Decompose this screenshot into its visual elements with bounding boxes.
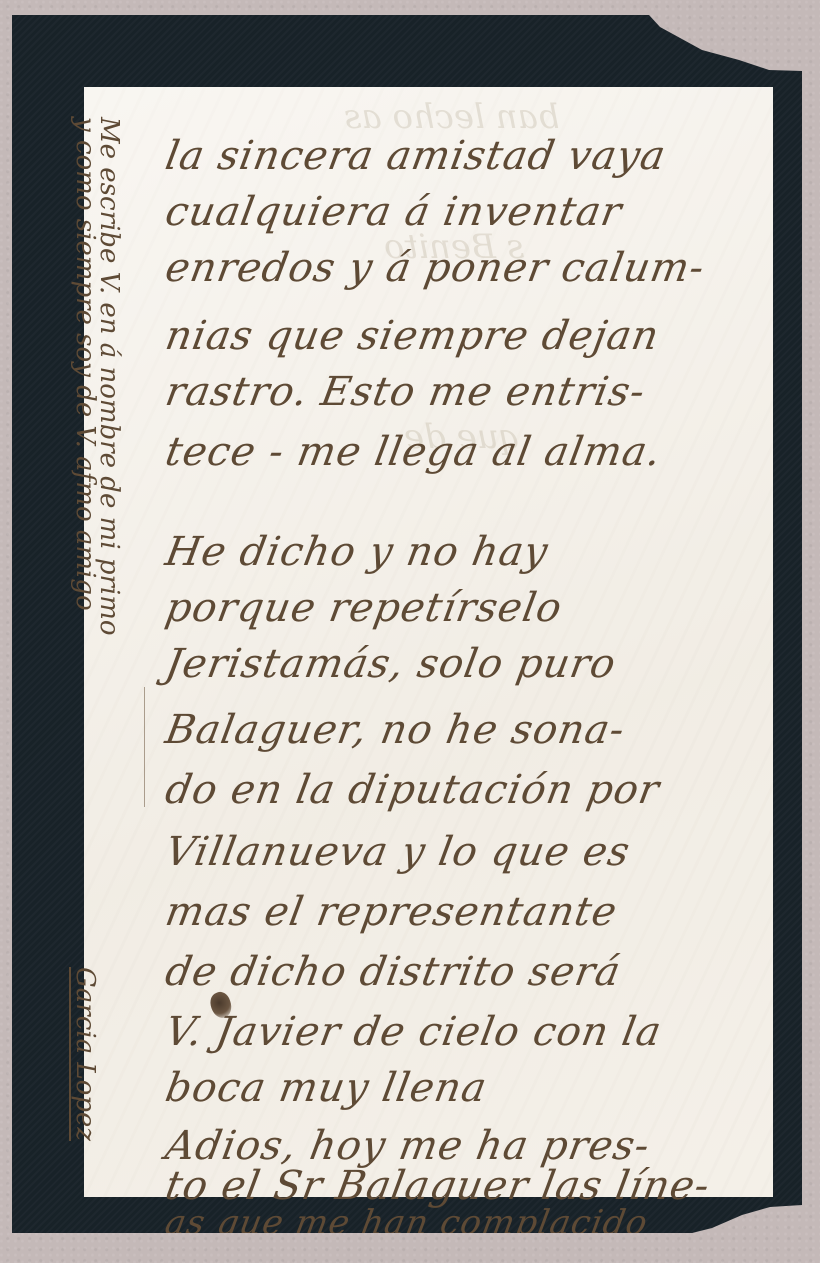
body-line: Balaguer, no he sona-: [162, 707, 629, 753]
signature: Garcia Lopez: [70, 967, 100, 1141]
margin-rule: [144, 687, 145, 807]
body-line: Villanueva y lo que es: [162, 829, 634, 875]
body-line: porque repetírselo: [162, 585, 566, 631]
body-line: de dicho distrito será: [162, 949, 624, 995]
bleed-through-text: ban lecho as: [344, 97, 560, 137]
body-line: cualquiera á inventar: [162, 189, 626, 235]
body-line: tece - me llega al alma.: [162, 429, 665, 475]
mourning-border-sheet: ban lecho as s Benito que de Me escribe …: [12, 15, 802, 1233]
body-line: rastro. Esto me entris-: [162, 369, 649, 415]
letter-paper: ban lecho as s Benito que de Me escribe …: [84, 87, 773, 1197]
margin-note-line: y como siempre soy de V. afmo amigo: [70, 117, 100, 611]
body-line: boca muy llena: [162, 1065, 491, 1111]
body-line: nias que siempre dejan: [162, 313, 663, 359]
body-line: do en la diputación por: [162, 767, 663, 813]
body-line: He dicho y no hay: [162, 529, 552, 575]
body-line: enredos y á poner calum-: [162, 245, 708, 291]
body-line: mas el representante: [162, 889, 621, 935]
body-line: la sincera amistad vaya: [162, 133, 670, 179]
body-line: V. Javier de cielo con la: [162, 1009, 665, 1055]
body-line: as que me han complacido: [162, 1203, 651, 1243]
body-line: Jeristamás, solo puro: [162, 641, 620, 687]
